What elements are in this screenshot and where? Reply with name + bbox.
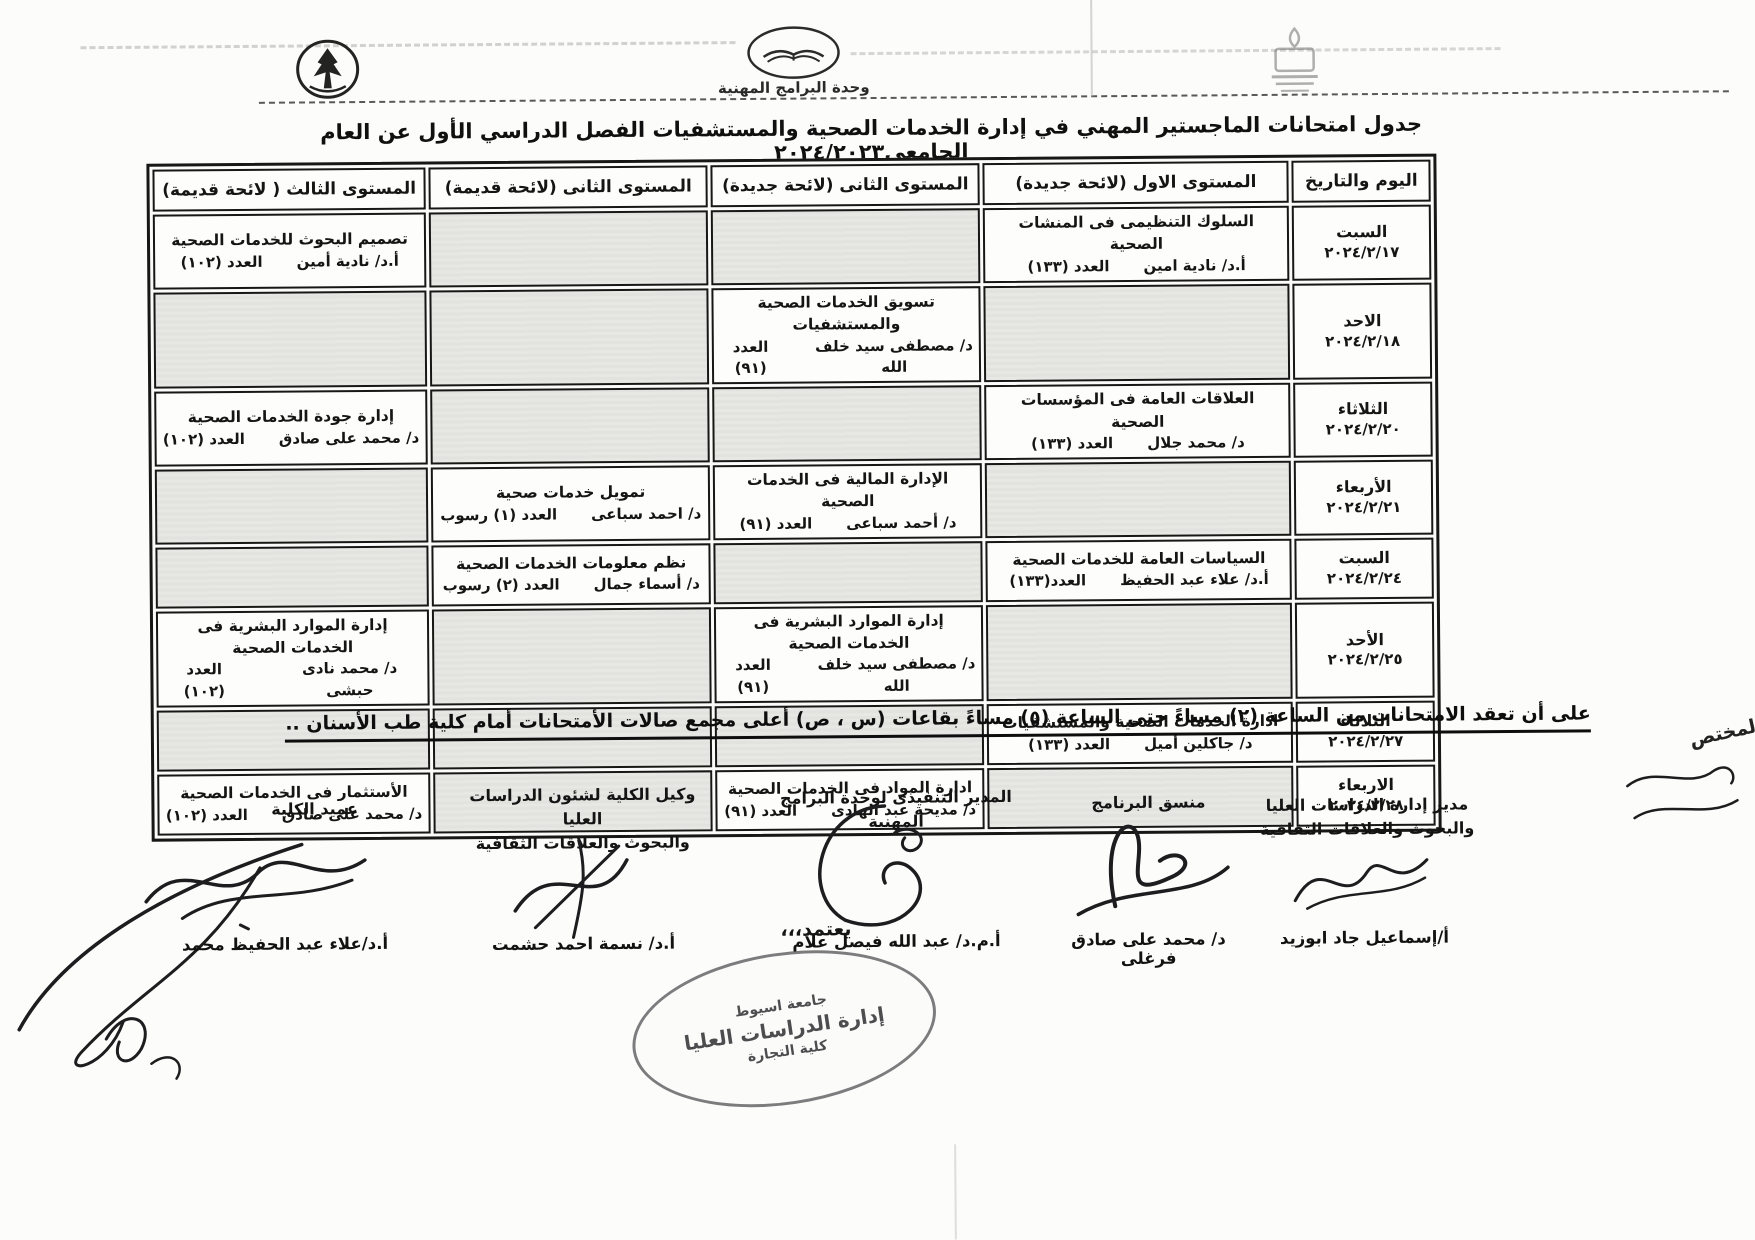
student-count: العدد (١٠٢) — [181, 252, 263, 274]
examiner-name: د/ محمد نادى حبشى — [278, 658, 422, 703]
empty-cell — [429, 288, 709, 387]
day-label: السبت — [1300, 222, 1423, 244]
examiner-name: أ.د/ نادية أمين — [297, 250, 399, 273]
col-header-level2-new: المستوى الثانى (لائحة جديدة) — [711, 163, 980, 207]
exam-cell: تصميم البحوث للخدمات الصحيةأ.د/ نادية أم… — [153, 213, 427, 290]
empty-cell — [986, 602, 1293, 701]
signature-name-dean: أ.د/علاء عبد الحفيظ محمد — [152, 934, 417, 955]
fold-line-top — [1090, 0, 1093, 96]
examiner-name: د/ جاكلين أميل — [1144, 733, 1253, 756]
exam-cell: الإدارة المالية فى الخدمات الصحيةد/ أحمد… — [713, 463, 983, 540]
student-count: العدد(١٣٣) — [1009, 571, 1086, 593]
table-row: الأحد٢٠٢٤/٢/٢٥إدارة الموارد البشرية فى ا… — [156, 601, 1435, 707]
header-dashed-separator — [259, 90, 1729, 104]
date-label: ٢٠٢٤/٢/٢٠ — [1302, 420, 1425, 440]
signature-scribble-vice-dean — [507, 832, 648, 943]
large-handwritten-scrawl — [10, 822, 312, 1094]
empty-cell — [153, 290, 427, 389]
col-header-level1-new: المستوى الاول (لائحة جديدة) — [983, 161, 1290, 205]
specialist-handwritten-label: المختص — [1672, 714, 1755, 755]
examiner-name: د/ احمد سباعى — [591, 503, 701, 526]
examiner-name: د/ محمد جلال — [1147, 432, 1245, 455]
course-name: الإدارة المالية فى الخدمات الصحية — [721, 467, 974, 514]
examiner-name: أ.د/ علاء عبد الحفيظ — [1120, 569, 1269, 592]
empty-cell — [712, 385, 982, 462]
signature-name-program-coordinator: د/ محمد على صادق فرغلى — [1042, 929, 1254, 969]
exam-cell: إدارة الموارد البشرية فى الخدمات الصحيةد… — [156, 609, 430, 708]
signature-title-dean: عميد الكلية — [229, 797, 399, 822]
date-label: ٢٠٢٤/٢/٢٤ — [1303, 568, 1426, 588]
course-name: تسويق الخدمات الصحية والمستشفيات — [720, 290, 973, 337]
official-stamp: جامعة اسيوط إدارة الدراسات العليا كلية ا… — [622, 931, 947, 1126]
day-label: السبت — [1303, 548, 1426, 570]
signature-scribble-program-coordinator — [1059, 805, 1235, 921]
empty-cell — [430, 387, 710, 464]
student-count: العدد (٢) رسوب — [443, 575, 560, 598]
empty-cell — [155, 545, 429, 608]
empty-cell — [714, 541, 984, 604]
empty-cell — [984, 283, 1291, 382]
date-cell: السبت٢٠٢٤/٢/٢٤ — [1295, 537, 1434, 599]
student-count: العدد (٩١) — [720, 336, 781, 380]
date-cell: الثلاثاء٢٠٢٤/٢/٢٠ — [1294, 382, 1433, 458]
exam-cell: تمويل خدمات صحيةد/ احمد سباعىالعدد (١) ر… — [431, 465, 711, 542]
college-emblem-icon — [293, 38, 361, 101]
exam-cell: السلوك التنظيمى فى المنشات الصحيةأ.د/ نا… — [983, 206, 1290, 283]
date-label: ٢٠٢٤/٢/٢١ — [1303, 497, 1426, 517]
date-label: ٢٠٢٤/٢/٢٧ — [1304, 732, 1427, 752]
student-count: العدد (١٠٢) — [164, 659, 244, 703]
exam-cell: السياسات العامة للخدمات الصحيةأ.د/ علاء … — [986, 538, 1293, 601]
specialist-scribble — [1619, 755, 1745, 836]
student-count: العدد (١٣٣) — [1028, 734, 1110, 756]
examiner-name: د/ أسماء جمال — [593, 574, 700, 597]
student-count: العدد (١٠٢) — [163, 429, 245, 451]
day-label: الاحد — [1301, 310, 1424, 332]
course-name: نظم معلومات الخدمات الصحية — [440, 551, 703, 576]
day-label: الثلاثاء — [1302, 399, 1425, 421]
day-label: الأحد — [1304, 629, 1427, 651]
table-row: الاحد٢٠٢٤/٢/١٨تسويق الخدمات الصحية والمس… — [153, 282, 1432, 388]
signature-name-vice-dean: أ.د/ نسمة احمد حشمت — [454, 933, 712, 954]
university-logo-icon — [1263, 24, 1326, 94]
date-label: ٢٠٢٤/٢/٢٥ — [1304, 650, 1427, 670]
exam-cell: إدارة الموارد البشرية فى الخدمات الصحيةد… — [714, 605, 984, 704]
exam-cell: العلاقات العامة فى المؤسسات الصحيةد/ محم… — [984, 383, 1291, 460]
date-cell: الاحد٢٠٢٤/٢/١٨ — [1293, 282, 1432, 380]
scanned-document-page: وحدة البرامج المهنية جدول امتحانات الماج… — [0, 0, 1755, 1240]
course-name: إدارة الموارد البشرية فى الخدمات الصحية — [722, 609, 975, 656]
examiner-name: د/ أحمد سباعى — [846, 512, 956, 535]
signature-scribble-postgrad-director — [1287, 838, 1438, 924]
date-label: ٢٠٢٤/٢/١٨ — [1301, 331, 1424, 351]
date-cell: الأحد٢٠٢٤/٢/٢٥ — [1295, 601, 1434, 699]
examiner-name: أ.د/ نادية امين — [1143, 255, 1245, 278]
signature-scribble-executive-director — [789, 797, 980, 933]
examiner-name: د/ محمد على صادق — [279, 427, 420, 450]
course-name: تصميم البحوث للخدمات الصحية — [161, 228, 418, 252]
unit-caption: وحدة البرامج المهنية — [708, 78, 880, 97]
course-name: تمويل خدمات صحية — [439, 480, 702, 505]
course-name: العلاقات العامة فى المؤسسات الصحية — [992, 387, 1283, 434]
empty-cell — [429, 210, 709, 287]
date-label: ٢٠٢٤/٢/١٧ — [1301, 243, 1424, 263]
open-book-logo-icon — [745, 24, 841, 81]
tear-dashes-right — [851, 47, 1501, 55]
student-count: العدد (٩١) — [739, 513, 812, 535]
empty-cell — [155, 467, 429, 544]
course-name: السياسات العامة للخدمات الصحية — [994, 547, 1284, 572]
signature-title-postgrad-director: مدير إدارة الدراسات العلياوالبحوث والعلا… — [1259, 792, 1474, 842]
date-cell: الأربعاء٢٠٢٤/٢/٢١ — [1294, 459, 1433, 535]
day-label: الأربعاء — [1302, 477, 1425, 499]
empty-cell — [432, 607, 712, 706]
table-row: الثلاثاء٢٠٢٤/٢/٢٠العلاقات العامة فى المؤ… — [154, 382, 1433, 467]
student-count: العدد (١) رسوب — [440, 504, 557, 527]
empty-cell — [985, 461, 1292, 538]
signature-name-postgrad-director: أ/إسماعيل جاد ابوزيد — [1254, 927, 1474, 948]
empty-cell — [711, 208, 981, 285]
course-name: السلوك التنظيمى فى المنشات الصحية — [991, 210, 1282, 257]
exam-cell: تسويق الخدمات الصحية والمستشفياتد/ مصطفى… — [712, 286, 982, 385]
exam-cell: نظم معلومات الخدمات الصحيةد/ أسماء جمالا… — [431, 543, 711, 606]
student-count: العدد (١٣٣) — [1031, 433, 1113, 455]
exam-cell: إدارة جودة الخدمات الصحيةد/ محمد على صاد… — [154, 390, 428, 467]
date-cell: السبت٢٠٢٤/٢/١٧ — [1292, 205, 1431, 281]
examiner-name: د/ مصطفى سيد خلف الله — [815, 335, 973, 380]
course-name: إدارة جودة الخدمات الصحية — [162, 405, 419, 429]
table-row: السبت٢٠٢٤/٢/٢٤السياسات العامة للخدمات ال… — [155, 537, 1433, 608]
approval-label: يعتمد،،، — [780, 918, 851, 941]
col-header-level2-old: المستوى الثانى (لائحة قديمة) — [429, 165, 708, 209]
tear-dashes-left — [80, 41, 735, 49]
course-name: إدارة الموارد البشرية فى الخدمات الصحية — [164, 613, 421, 660]
col-header-level3-old: المستوى الثالث ( لائحة قديمة) — [152, 168, 425, 212]
table-header-row: اليوم والتاريخ المستوى الاول (لائحة جديد… — [152, 160, 1430, 212]
table-row: الأربعاء٢٠٢٤/٢/٢١الإدارة المالية فى الخد… — [155, 459, 1434, 544]
student-count: العدد (١٣٣) — [1027, 256, 1109, 278]
fold-line-bottom — [954, 1144, 957, 1239]
student-count: العدد (٩١) — [722, 655, 783, 699]
table-row: السبت٢٠٢٤/٢/١٧السلوك التنظيمى فى المنشات… — [153, 205, 1432, 290]
examiner-name: د/ مصطفى سيد خلف الله — [817, 654, 975, 699]
col-header-day-date: اليوم والتاريخ — [1292, 160, 1431, 203]
